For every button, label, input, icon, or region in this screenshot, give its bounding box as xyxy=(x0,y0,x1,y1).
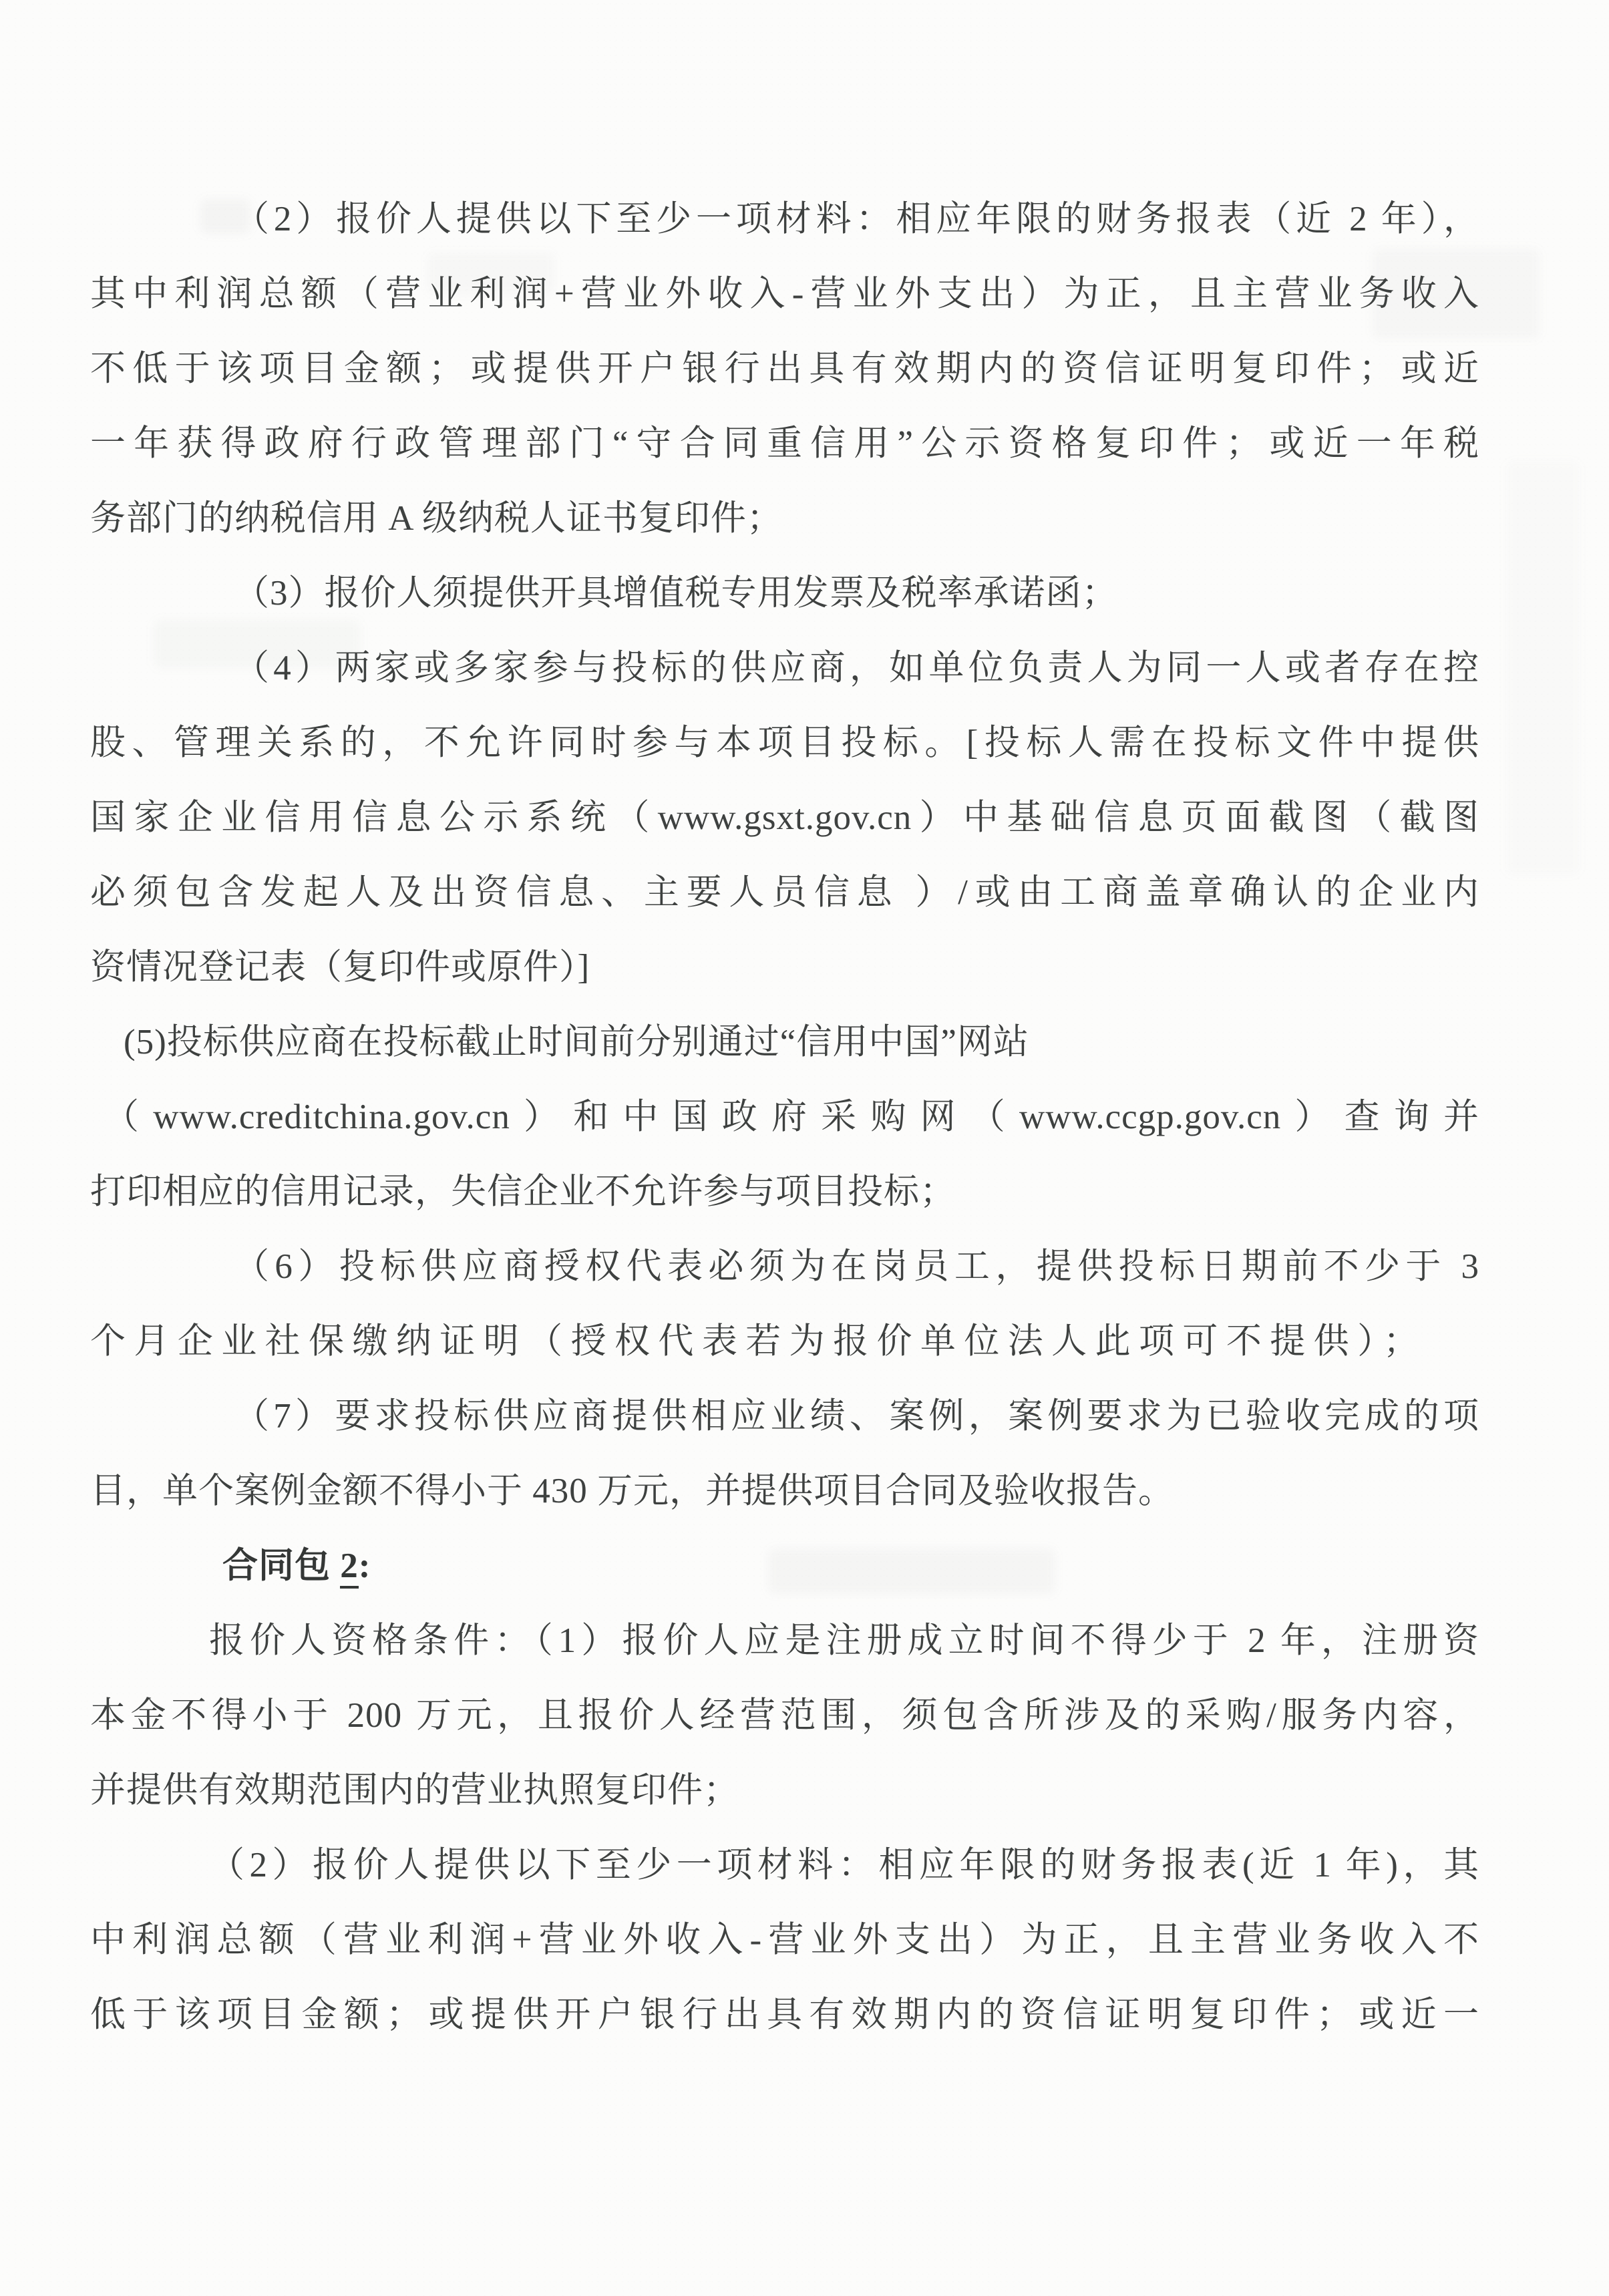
section-heading: 合同包 2: xyxy=(90,1528,1479,1603)
text-line: 本金不得小于 200 万元，且报价人经营范围，须包含所涉及的采购/服务内容， xyxy=(90,1678,1479,1753)
text-line: 一年获得政府行政管理部门“守合同重信用”公示资格复印件；或近一年税 xyxy=(90,406,1479,481)
text-line: 并提供有效期范围内的营业执照复印件； xyxy=(90,1753,1479,1828)
heading-text: 合同包 xyxy=(222,1546,340,1585)
document-page: （2）报价人提供以下至少一项材料：相应年限的财务报表（近 2 年），其中利润总额… xyxy=(0,0,1609,2296)
text-line: （2）报价人提供以下至少一项材料：相应年限的财务报表(近 1 年)，其 xyxy=(90,1828,1479,1903)
text-line: 目，单个案例金额不得小于 430 万元，并提供项目合同及验收报告。 xyxy=(90,1454,1479,1528)
text-line: （3）报价人须提供开具增值税专用发票及税率承诺函； xyxy=(90,556,1479,631)
text-line: 个月企业社保缴纳证明（授权代表若为报价单位法人此项可不提供）； xyxy=(90,1304,1419,1379)
text-line: 打印相应的信用记录，失信企业不允许参与项目投标； xyxy=(90,1154,1479,1229)
text-line: 务部门的纳税信用 A 级纳税人证书复印件； xyxy=(90,481,1479,556)
text-line: 不低于该项目金额；或提供开户银行出具有效期内的资信证明复印件；或近 xyxy=(90,331,1479,406)
text-line: 国家企业信用信息公示系统（www.gsxt.gov.cn）中基础信息页面截图（截… xyxy=(90,780,1479,855)
text-line: （4）两家或多家参与投标的供应商，如单位负责人为同一人或者存在控 xyxy=(90,631,1479,705)
text-line: 必须包含发起人及出资信息、主要人员信息 ）/或由工商盖章确认的企业内 xyxy=(90,855,1479,930)
text-line: （www.creditchina.gov.cn）和中国政府采购网（www.ccg… xyxy=(90,1080,1479,1154)
heading-text: : xyxy=(359,1546,371,1585)
text-line: 中利润总额（营业利润+营业外收入-营业外支出）为正，且主营业务收入不 xyxy=(90,1903,1479,1977)
text-line: 低于该项目金额；或提供开户银行出具有效期内的资信证明复印件；或近一 xyxy=(90,1977,1479,2052)
text-line: 报价人资格条件：（1）报价人应是注册成立时间不得少于 2 年，注册资 xyxy=(90,1603,1479,1678)
text-line: 股、管理关系的，不允许同时参与本项目投标。[投标人需在投标文件中提供 xyxy=(90,705,1479,780)
bleedthrough-artifact xyxy=(1506,461,1580,875)
text-line: （2）报价人提供以下至少一项材料：相应年限的财务报表（近 2 年）， xyxy=(90,182,1479,257)
text-line: 资情况登记表（复印件或原件）] xyxy=(90,930,1479,1005)
text-line: (5)投标供应商在投标截止时间前分别通过“信用中国”网站 xyxy=(90,1005,1479,1080)
heading-underlined-number: 2 xyxy=(340,1546,359,1589)
text-line: （6）投标供应商授权代表必须为在岗员工，提供投标日期前不少于 3 xyxy=(90,1229,1479,1304)
text-line: （7）要求投标供应商提供相应业绩、案例，案例要求为已验收完成的项 xyxy=(90,1379,1479,1454)
text-line: 其中利润总额（营业利润+营业外收入-营业外支出）为正，且主营业务收入 xyxy=(90,257,1479,331)
document-text: （2）报价人提供以下至少一项材料：相应年限的财务报表（近 2 年），其中利润总额… xyxy=(90,182,1479,2052)
